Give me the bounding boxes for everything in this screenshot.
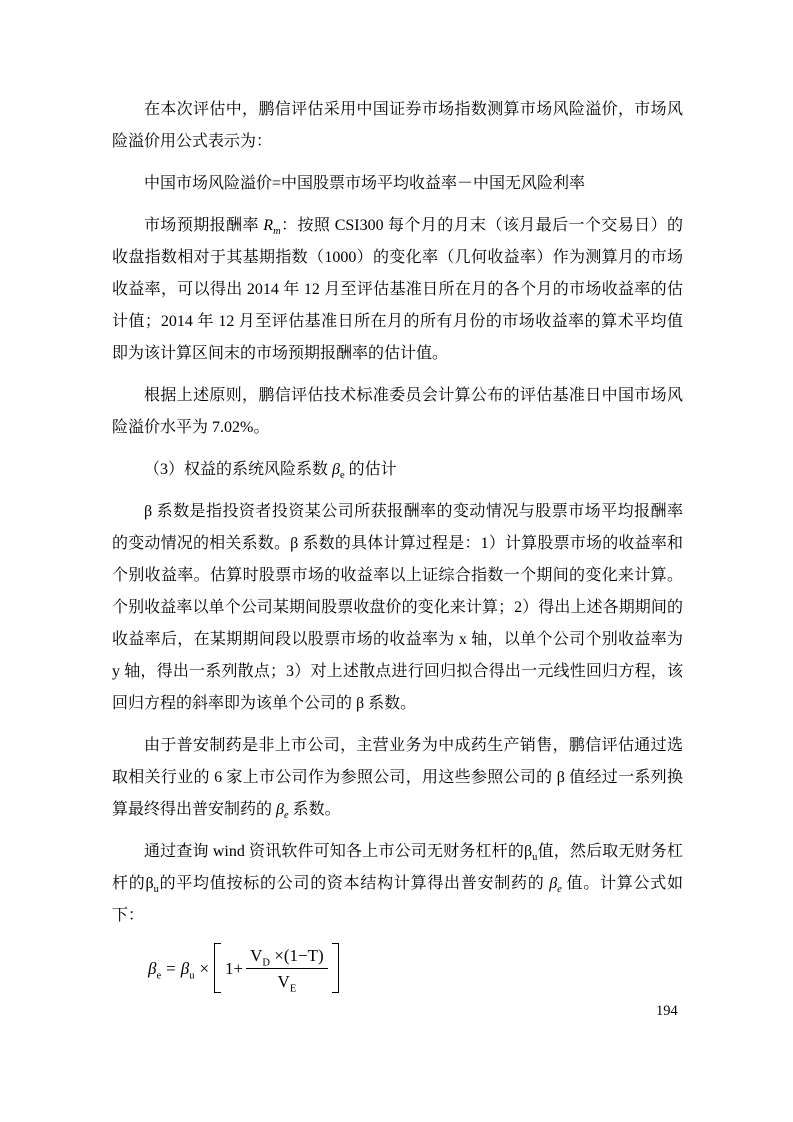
variable-beta-u: β — [524, 843, 532, 860]
variable-beta-e: β — [276, 801, 284, 818]
text-run: 由于普安制药是非上市公司，主营业务为中成药生产销售，鹏信评估通过选取相关行业的 … — [112, 737, 683, 818]
formula-beta-levered: βe = βu × 1+ VD ×(1−T) VE — [148, 942, 339, 994]
variable-ve: V — [278, 972, 290, 991]
text-run: ：按照 CSI300 每个月的月末（该月最后一个交易日）的收盘指数相对于其基期指… — [112, 217, 683, 362]
variable-beta-e: β — [549, 875, 557, 892]
variable-beta-u: β — [145, 875, 153, 892]
paragraph-wind-software: 通过查询 wind 资讯软件可知各上市公司无财务杠杆的βu值，然后取无财务杠杆的… — [112, 836, 683, 932]
document-page: 在本次评估中，鹏信评估采用中国证券市场指数测算市场风险溢价，市场风险溢价用公式表… — [0, 0, 793, 1122]
paragraph-intro: 在本次评估中，鹏信评估采用中国证券市场指数测算市场风险溢价，市场风险溢价用公式表… — [112, 94, 683, 158]
variable-vd: V — [250, 946, 262, 965]
right-bracket — [332, 943, 339, 993]
left-bracket — [214, 943, 221, 993]
text-run: 系数。 — [289, 801, 341, 818]
fraction: VD ×(1−T) VE — [246, 946, 328, 991]
page-number: 194 — [656, 1000, 678, 1022]
paragraph-comparable-companies: 由于普安制药是非上市公司，主营业务为中成药生产销售，鹏信评估通过选取相关行业的 … — [112, 730, 683, 826]
text-run: ×(1−T) — [270, 946, 324, 965]
variable-beta-u: β — [181, 959, 189, 978]
paragraph-market-expected-return: 市场预期报酬率 Rm：按照 CSI300 每个月的月末（该月最后一个交易日）的收… — [112, 210, 683, 370]
text-run: 市场预期报酬率 — [144, 217, 263, 234]
text-run: 的估计 — [345, 461, 397, 478]
variable-beta-e-subscript: e — [156, 970, 161, 981]
text-run: 的平均值按标的公司的资本结构计算得出普安制药的 — [159, 875, 549, 892]
text-run: 通过查询 wind 资讯软件可知各上市公司无财务杠杆的 — [144, 843, 524, 860]
times-operator: × — [199, 960, 209, 977]
one-plus-term: 1+ — [225, 960, 243, 977]
variable-beta-e: β — [332, 461, 340, 478]
paragraph-beta-definition: β 系数是指投资者投资某公司所获报酬率的变动情况与股票市场平均报酬率的变动情况的… — [112, 496, 683, 720]
variable-Rm: R — [263, 217, 273, 234]
equals-operator: = — [166, 960, 176, 977]
variable-beta-u-subscript: u — [189, 970, 194, 981]
paragraph-risk-premium-level: 根据上述原则，鹏信评估技术标准委员会计算公布的评估基准日中国市场风险溢价水平为 … — [112, 380, 683, 444]
fraction-denominator: VE — [246, 969, 328, 991]
variable-vd-subscript: D — [262, 957, 270, 968]
formula-lhs: βe — [148, 960, 161, 977]
formula-rhs-base: βu — [181, 960, 195, 977]
text-run: （3）权益的系统风险系数 — [144, 461, 332, 478]
fraction-numerator: VD ×(1−T) — [246, 946, 328, 969]
variable-ve-subscript: E — [290, 983, 296, 994]
heading-beta-estimation: （3）权益的系统风险系数 βe 的估计 — [112, 454, 683, 486]
formula-market-risk-premium: 中国市场风险溢价=中国股票市场平均收益率－中国无风险利率 — [112, 168, 683, 200]
document-content: 在本次评估中，鹏信评估采用中国证券市场指数测算市场风险溢价，市场风险溢价用公式表… — [112, 94, 683, 994]
variable-Rm-subscript: m — [273, 226, 281, 237]
